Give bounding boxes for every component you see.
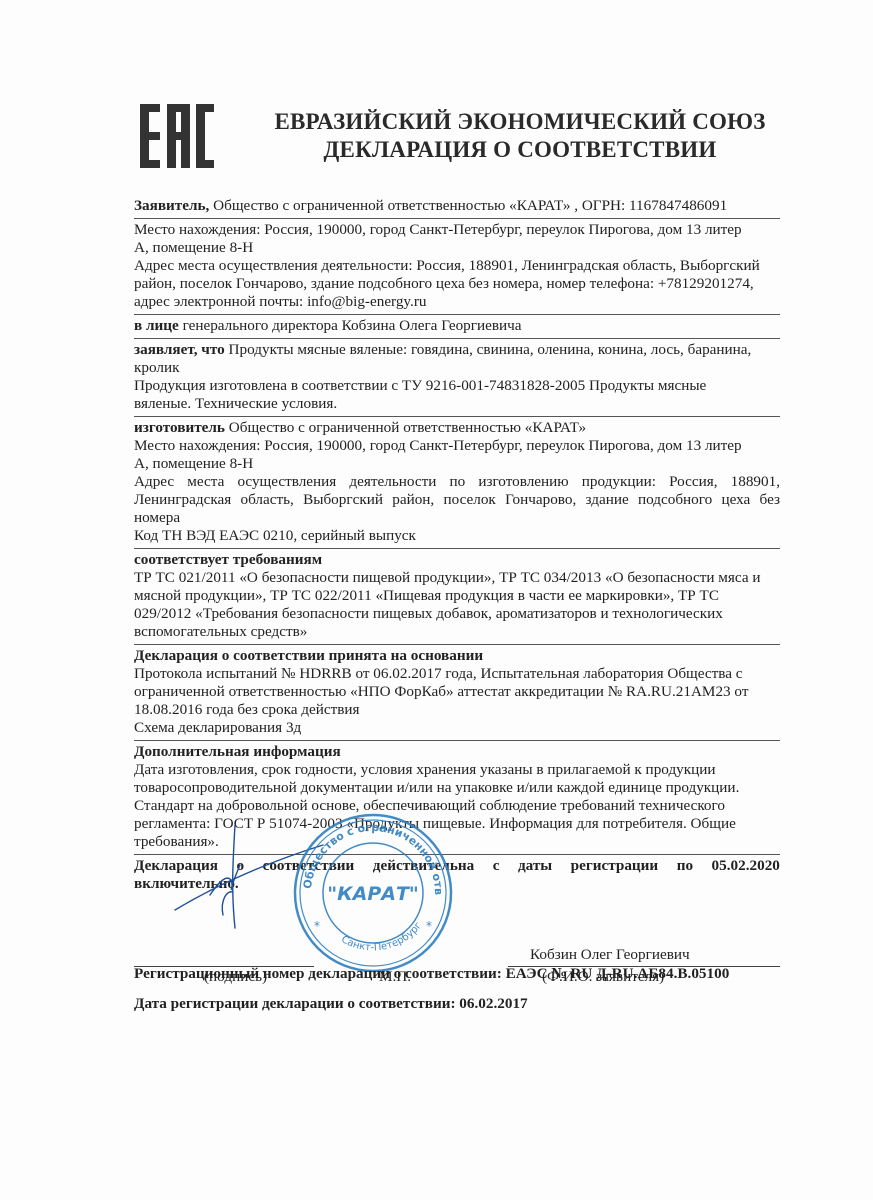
conforms-title: соответствует требованиям [134,551,780,569]
spec-line: Продукция изготовлена в соответствии с Т… [134,377,780,395]
scheme-line: Схема декларирования 3д [134,719,780,737]
regulation-line: вспомогательных средств» [134,623,780,641]
represented-by-label: в лице [134,317,179,334]
regulation-line: мясной продукции», ТР ТС 022/2011 «Пищев… [134,587,780,605]
svg-text:*: * [426,919,432,933]
validity-word: даты [518,857,552,875]
spec-line: вяленые. Технические условия. [134,395,780,413]
info-line: Стандарт на добровольной основе, обеспеч… [134,797,780,815]
manufacturer-address: Ленинградская область, Выборгский район,… [134,491,780,509]
validity-word: по [677,857,693,875]
protocol-line: Протокола испытаний № HDRRB от 06.02.201… [134,665,780,683]
email-line: адрес электронной почты: info@big-energy… [134,293,780,311]
regulation-line: ТР ТС 021/2011 «О безопасности пищевой п… [134,569,780,587]
stamp-center-text: "КАРАТ" [327,883,419,905]
declaration-page: ЕВРАЗИЙСКИЙ ЭКОНОМИЧЕСКИЙ СОЮЗ ДЕКЛАРАЦИ… [0,0,873,1200]
applicant-label: Заявитель, [134,197,209,214]
protocol-line: ограниченной ответственностью «НПО ФорКа… [134,683,780,701]
validity-word: с [493,857,500,875]
protocol-line: 18.08.2016 года без срока действия [134,701,780,719]
applicant-address-section: Место нахождения: Россия, 190000, город … [134,219,780,315]
manufacturer-address: Место нахождения: Россия, 190000, город … [134,437,780,455]
applicant-value: Общество с ограниченной ответственностью… [209,197,727,214]
manufacturer-label: изготовитель [134,419,225,436]
info-line: товаросопроводительной документации и/ил… [134,779,780,797]
declares-label: заявляет, что [134,341,225,358]
manufacturer-address: номера [134,509,780,527]
manufacturer-address: Адрес места осуществления деятельности п… [134,473,780,491]
applicant-section: Заявитель, Общество с ограниченной ответ… [134,195,780,219]
represented-by-section: в лице генерального директора Кобзина Ол… [134,315,780,339]
hs-code-line: Код ТН ВЭД ЕАЭС 0210, серийный выпуск [134,527,780,545]
declares-section: заявляет, что Продукты мясные вяленые: г… [134,339,780,417]
document-header: ЕВРАЗИЙСКИЙ ЭКОНОМИЧЕСКИЙ СОЮЗ ДЕКЛАРАЦИ… [240,108,800,164]
manufacturer-address: А, помещение 8-Н [134,455,780,473]
svg-text:*: * [314,919,320,933]
registration-number: Регистрационный номер декларации о соотв… [134,965,729,983]
address-line: Адрес места осуществления деятельности: … [134,257,780,275]
signer-name: Кобзин Олег Георгиевич [530,946,690,964]
address-line: район, поселок Гончарово, здание подсобн… [134,275,780,293]
additional-info-title: Дополнительная информация [134,743,780,761]
product-list: Продукты мясные вяленые: говядина, свини… [225,341,752,358]
conforms-section: соответствует требованиям ТР ТС 021/2011… [134,549,780,645]
basis-section: Декларация о соответствии принята на осн… [134,645,780,741]
manufacturer-section: изготовитель Общество с ограниченной отв… [134,417,780,549]
represented-by-value: генерального директора Кобзина Олега Гео… [179,317,522,334]
registration-date: Дата регистрации декларации о соответств… [134,995,528,1013]
union-title: ЕВРАЗИЙСКИЙ ЭКОНОМИЧЕСКИЙ СОЮЗ [240,108,800,136]
regulation-line: 029/2012 «Требования безопасности пищевы… [134,605,780,623]
manufacturer-value: Общество с ограниченной ответственностью… [225,419,586,436]
document-title: ДЕКЛАРАЦИЯ О СООТВЕТСТВИИ [240,136,800,164]
validity-word: регистрации [571,857,659,875]
company-stamp-icon: Общество с ограниченной ответственностью… [292,812,454,974]
validity-end-date: 05.02.2020 [712,857,780,875]
address-line: Место нахождения: Россия, 190000, город … [134,221,780,239]
address-line: А, помещение 8-Н [134,239,780,257]
info-line: Дата изготовления, срок годности, услови… [134,761,780,779]
basis-title: Декларация о соответствии принята на осн… [134,647,780,665]
product-list-cont: кролик [134,359,780,377]
eac-mark-icon [140,104,214,168]
